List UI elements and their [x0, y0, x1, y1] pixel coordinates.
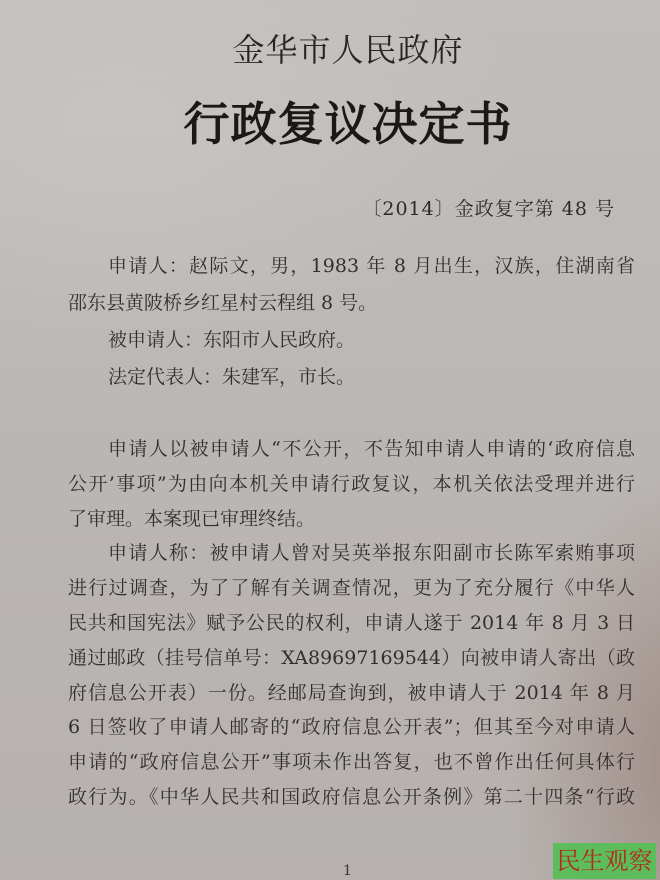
- document-page: 金华市人民政府 行政复议决定书 〔2014〕金政复字第 48 号 申请人：赵际文…: [0, 0, 660, 880]
- text-line: 申请人以被申请人“不公开，不告知申请人申请的‘政府信息: [68, 432, 635, 467]
- text-line: 申请的“政府信息公开”事项未作出答复，也不曾作出任何具体行: [68, 745, 635, 780]
- paragraph-applicant-claims: 申请人称：被申请人曾对吴英举报东阳副市长陈军索贿事项 进行过调查，为了了解有关调…: [68, 536, 635, 814]
- applicant-line: 申请人：赵际文，男，1983 年 8 月出生，汉族，住湖南省: [68, 248, 635, 285]
- text-line: 公开’事项”为由向本机关申请行政复议，本机关依法受理并进行: [68, 467, 635, 502]
- parties-section: 申请人：赵际文，男，1983 年 8 月出生，汉族，住湖南省 邵东县黄陂桥乡红星…: [68, 248, 635, 396]
- paragraph-case-summary: 申请人以被申请人“不公开，不告知申请人申请的‘政府信息 公开’事项”为由向本机关…: [68, 432, 635, 536]
- issuer-heading: 金华市人民政府: [18, 30, 660, 70]
- watermark-badge: 民生观察: [553, 843, 656, 879]
- text-line: 了审理。本案现已审理终结。: [68, 502, 635, 537]
- text-line: 通过邮政（挂号信单号：XA89697169544）向被申请人寄出（政: [68, 641, 635, 676]
- page-number: 1: [343, 862, 352, 880]
- text-line: 申请人称：被申请人曾对吴英举报东阳副市长陈军索贿事项: [68, 536, 635, 571]
- document-number: 〔2014〕金政复字第 48 号: [362, 197, 615, 221]
- text-line: 府信息公开表）一份。经邮局查询到，被申请人于 2014 年 8 月: [68, 676, 635, 711]
- text-line: 政行为。《中华人民共和国政府信息公开条例》第二十四条“行政: [68, 780, 635, 815]
- respondent-line: 被申请人：东阳市人民政府。: [68, 322, 635, 359]
- body-section: 申请人以被申请人“不公开，不告知申请人申请的‘政府信息 公开’事项”为由向本机关…: [68, 432, 635, 815]
- text-line: 民共和国宪法》赋予公民的权利，申请人遂于 2014 年 8 月 3 日: [68, 606, 635, 641]
- document-title: 行政复议决定书: [18, 96, 660, 152]
- legal-representative-line: 法定代表人：朱建军，市长。: [68, 359, 635, 396]
- text-line: 进行过调查，为了了解有关调查情况，更为了充分履行《中华人: [68, 571, 635, 606]
- applicant-address-line: 邵东县黄陂桥乡红星村云程组 8 号。: [68, 285, 635, 322]
- text-line: 6 日签收了申请人邮寄的“政府信息公开表”；但其至今对申请人: [68, 710, 635, 745]
